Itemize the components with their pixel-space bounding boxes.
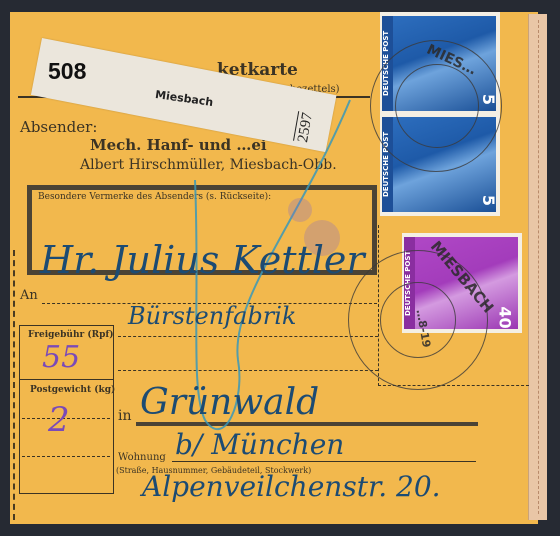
handwritten-place: Grünwald	[140, 382, 319, 423]
handwritten-weight: 2	[48, 400, 70, 440]
handwritten-place-2: b/ München	[175, 428, 344, 461]
handwritten-street: Alpenveilchenstr. 20.	[142, 470, 441, 503]
handwritten-recipient: Hr. Julius Kettler	[40, 238, 365, 282]
handwritten-fee: 55	[42, 340, 80, 375]
handwritten-company: Bürstenfabrik	[128, 302, 296, 330]
